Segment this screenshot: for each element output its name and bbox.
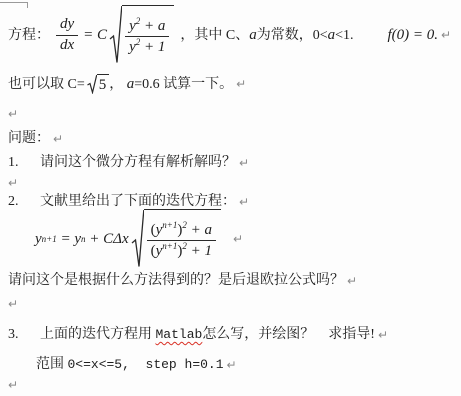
fraction-dy-dx: dy dx <box>56 16 78 54</box>
paragraph-mark: ↵ <box>8 378 18 392</box>
radical-sign-icon <box>109 5 122 65</box>
var-y: y <box>35 231 42 248</box>
radicand: y2 + a y2 + 1 <box>122 5 174 65</box>
paragraph-mark: ↵ <box>347 274 357 288</box>
initial-condition: f(0) = 0. <box>388 27 439 44</box>
paragraph-questions-heading: 问题： ↵ <box>8 129 63 148</box>
paragraph-mark: ↵ <box>441 28 451 42</box>
fraction-numerator: dy <box>56 16 78 35</box>
paragraph-mark: ↵ <box>8 176 18 190</box>
comma-separator: ， <box>109 75 127 94</box>
paragraph-mark: ↵ <box>227 358 237 372</box>
superscript-n1: n+1 <box>162 220 177 230</box>
paragraph-mark: ↵ <box>378 328 388 342</box>
paragraph-mark: ↵ <box>233 232 243 246</box>
var-a-italic: a <box>127 76 135 93</box>
paragraph-method-question: 请问这个是根据什么方法得到的？是后退欧拉公式吗？ ↵ <box>8 271 357 290</box>
list-number: 3. <box>8 325 40 344</box>
paragraph-mark: ↵ <box>8 297 18 311</box>
plus-c-delta-x: + CΔx <box>86 231 129 248</box>
question-3-prefix: 上面的迭代方程用 <box>40 325 156 344</box>
question-1-text: 请问这个微分方程有解析解吗？ <box>40 153 236 172</box>
radicand-5: 5 <box>97 74 110 94</box>
radicand-fraction: y2 + a y2 + 1 <box>125 17 169 57</box>
empty-paragraph: ↵ <box>8 296 18 312</box>
list-number: 1. <box>8 153 40 172</box>
try-values-tail: =0.6 试算一下。 <box>134 75 233 94</box>
list-item-3: 3. 上面的迭代方程用 Matlab 怎么写，并绘图？ 求指导! ↵ <box>8 325 388 344</box>
radical-expression: y2 + a y2 + 1 <box>109 5 174 65</box>
radicand-numerator: y2 + a <box>125 17 169 37</box>
try-values-prefix: 也可以取 C= <box>8 75 85 94</box>
radical-expression: (yn+1)2 + a (yn+1)2 + 1 <box>131 209 221 269</box>
radicand: (yn+1)2 + a (yn+1)2 + 1 <box>144 209 221 269</box>
questions-heading: 问题： <box>8 129 50 148</box>
paragraph-mark: ↵ <box>239 195 249 209</box>
range-expression: 0<=x<=5, step h=0.1 <box>68 357 224 372</box>
paragraph-equation-2: yn+1 = yn + CΔx (yn+1)2 + a (yn+1)2 + 1 … <box>35 212 243 266</box>
question-3-tail: 怎么写，并绘图？ 求指导! <box>202 325 375 344</box>
empty-paragraph: ↵ <box>8 106 18 122</box>
empty-paragraph: ↵ <box>8 377 18 393</box>
list-item-1: 1. 请问这个微分方程有解析解吗？ ↵ <box>8 153 249 172</box>
var-y: y <box>129 39 136 55</box>
range-label: 范围 <box>36 355 68 374</box>
plus-1: + 1 <box>187 243 212 259</box>
paragraph-try-values: 也可以取 C= 5 ， a =0.6 试算一下。 ↵ <box>8 70 246 98</box>
sqrt-5: 5 <box>87 74 110 94</box>
radical-sign-icon <box>87 74 97 94</box>
radicand-numerator: (yn+1)2 + a <box>147 221 216 241</box>
list-number: 2. <box>8 192 40 211</box>
plus-a: + a <box>187 222 212 238</box>
plus-a: + a <box>140 18 165 34</box>
method-question-text: 请问这个是根据什么方法得到的？是后退欧拉公式吗？ <box>8 271 344 290</box>
paragraph-mark: ↵ <box>53 132 63 146</box>
paragraph-range: 范围 0<=x<=5, step h=0.1 ↵ <box>36 355 237 374</box>
radicand-denominator: (yn+1)2 + 1 <box>151 241 212 260</box>
fraction-denominator: dx <box>60 36 74 54</box>
inequality-tail: <1. <box>335 26 353 45</box>
var-y: y <box>129 18 136 34</box>
equation1-condition-text: ，其中 C、 <box>180 26 249 45</box>
document-page: 方程： dy dx = C y2 + a y2 + 1 ，其中 C、a为常数，0… <box>0 0 461 396</box>
paragraph-equation-1: 方程： dy dx = C y2 + a y2 + 1 ，其中 C、a为常数，0… <box>8 9 451 61</box>
paragraph-mark: ↵ <box>236 77 246 91</box>
radicand-denominator: y2 + 1 <box>129 37 165 56</box>
radical-sign-icon <box>131 209 144 269</box>
equals-y: = y <box>57 231 81 248</box>
var-a-italic: a <box>249 27 257 44</box>
equals-c: = C <box>83 27 107 44</box>
radicand-fraction: (yn+1)2 + a (yn+1)2 + 1 <box>147 221 216 261</box>
plus-1: + 1 <box>140 39 165 55</box>
matlab-word-spellcheck: Matlab <box>156 327 203 342</box>
var-a-italic: a <box>328 27 336 44</box>
superscript-n1: n+1 <box>162 241 177 251</box>
empty-paragraph: ↵ <box>8 175 18 191</box>
corner-horizontal-line <box>0 2 27 3</box>
paragraph-mark: ↵ <box>239 156 249 170</box>
constants-text: 为常数，0< <box>257 26 328 45</box>
corner-vertical-tick <box>27 2 28 8</box>
equation1-label: 方程： <box>8 26 50 45</box>
paragraph-mark: ↵ <box>8 107 18 121</box>
